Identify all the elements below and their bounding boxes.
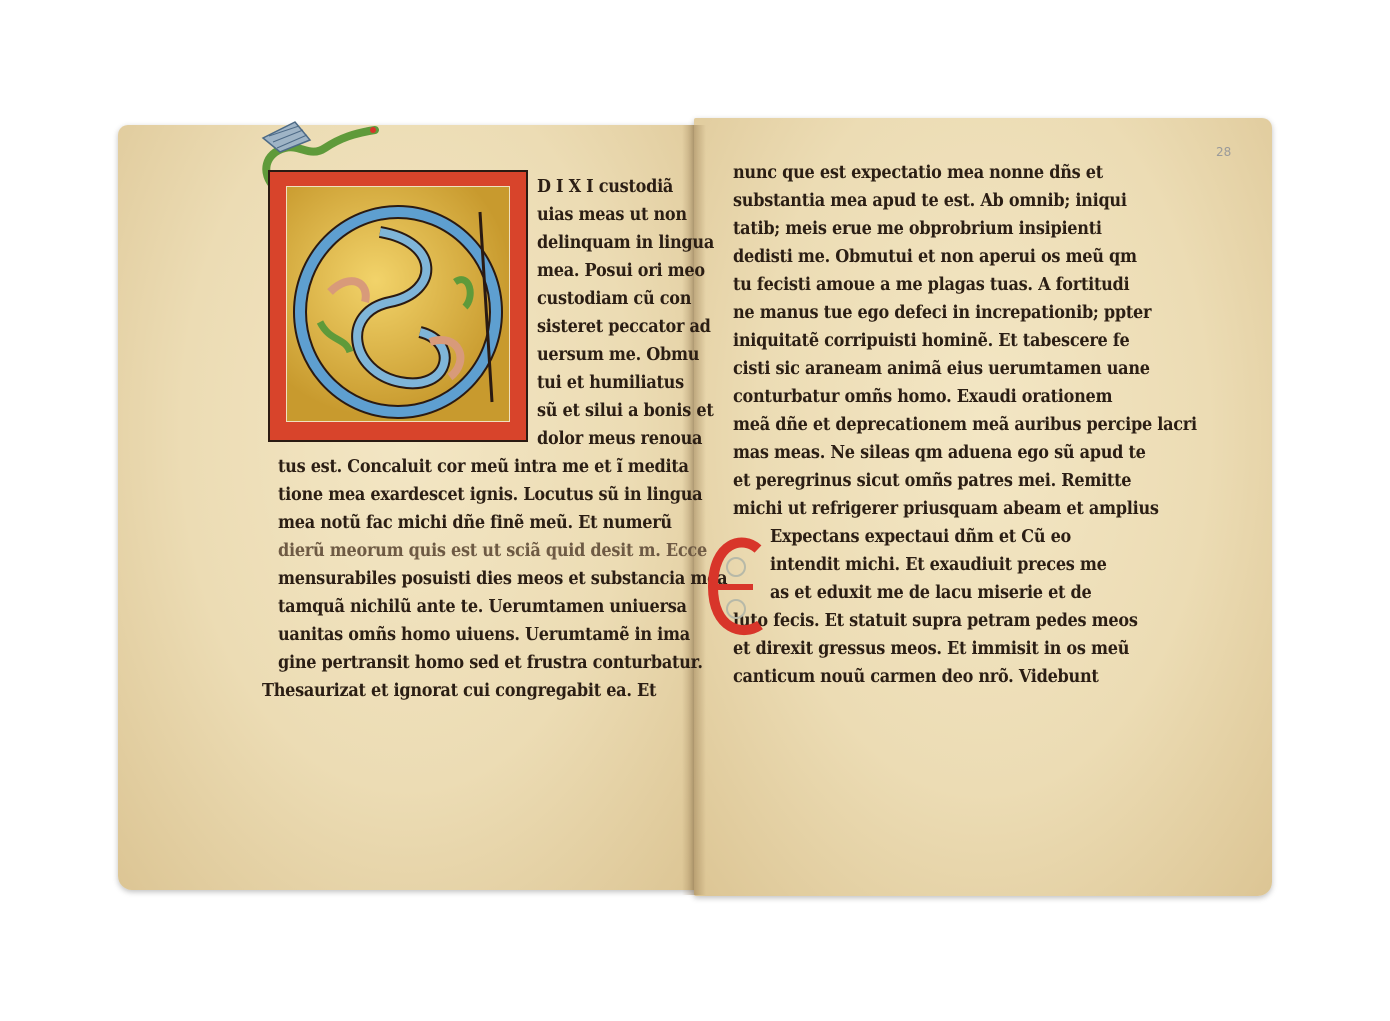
text-line: uanitas omñs homo uiuens. Uerumtamẽ in i… — [278, 625, 690, 645]
text-line: et direxit gressus meos. Et immisit in o… — [733, 639, 1129, 659]
text-line: mensurabiles posuisti dies meos et subst… — [278, 569, 727, 589]
text-line: as et eduxit me de lacu miserie et de — [770, 583, 1091, 603]
text-line: luto fecis. Et statuit supra petram pede… — [733, 611, 1138, 631]
text-line: substantia mea apud te est. Ab omnib; in… — [733, 191, 1127, 211]
red-initial-e-icon — [708, 537, 766, 637]
text-line: meã dñe et deprecationem meã auribus per… — [733, 415, 1197, 435]
text-line: tu fecisti amoue a me plagas tuas. A for… — [733, 275, 1129, 295]
text-line: sisteret peccator ad — [537, 317, 711, 337]
text-line: tamquã nichilũ ante te. Uerumtamen uniue… — [278, 597, 687, 617]
text-line: nunc que est expectatio mea nonne dñs et — [733, 163, 1103, 183]
text-line: tatib; meis erue me obprobrium insipient… — [733, 219, 1102, 239]
text-line: dedisti me. Obmutui et non aperui os meũ… — [733, 247, 1137, 267]
text-line: D I X I custodiã — [537, 177, 673, 197]
interlace-initial-icon — [270, 172, 530, 444]
text-line: conturbatur omñs homo. Exaudi orationem — [733, 387, 1112, 407]
text-line: dierũ meorum quis est ut sciã quid desit… — [278, 541, 707, 561]
text-line: canticum nouũ carmen deo nrõ. Videbunt — [733, 667, 1099, 687]
folio-number: 28 — [1216, 145, 1231, 159]
text-line: dolor meus renoua — [537, 429, 702, 449]
text-line: Expectans expectaui dñm et Cũ eo — [770, 527, 1071, 547]
text-line: mea. Posui ori meo — [537, 261, 705, 281]
text-line: mas meas. Ne sileas qm aduena ego sũ apu… — [733, 443, 1146, 463]
open-manuscript: 28 D I X I custodiã uias meas ut non del… — [0, 0, 1390, 1021]
text-line: et peregrinus sicut omñs patres mei. Rem… — [733, 471, 1131, 491]
text-line: michi ut refrigerer priusquam abeam et a… — [733, 499, 1159, 519]
text-line: tione mea exardescet ignis. Locutus sũ i… — [278, 485, 702, 505]
text-line: uias meas ut non — [537, 205, 687, 225]
text-line: tui et humiliatus — [537, 373, 684, 393]
illuminated-initial — [268, 170, 528, 442]
text-line: mea notũ fac michi dñe finẽ meũ. Et nume… — [278, 513, 672, 533]
text-line: intendit michi. Et exaudiuit preces me — [770, 555, 1107, 575]
text-line: Thesaurizat et ignorat cui congregabit e… — [262, 681, 656, 701]
text-line: gine pertransit homo sed et frustra cont… — [278, 653, 703, 673]
text-line: ne manus tue ego defeci in increpationib… — [733, 303, 1151, 323]
text-line: sũ et silui a bonis et — [537, 401, 714, 421]
text-line: delinquam in lingua — [537, 233, 714, 253]
text-line: custodiam cũ con — [537, 289, 691, 309]
text-line: tus est. Concaluit cor meũ intra me et ĩ… — [278, 457, 689, 477]
text-line: iniquitatẽ corripuisti hominẽ. Et tabesc… — [733, 331, 1129, 351]
text-line: cisti sic araneam animã eius uerumtamen … — [733, 359, 1150, 379]
text-line: uersum me. Obmu — [537, 345, 699, 365]
